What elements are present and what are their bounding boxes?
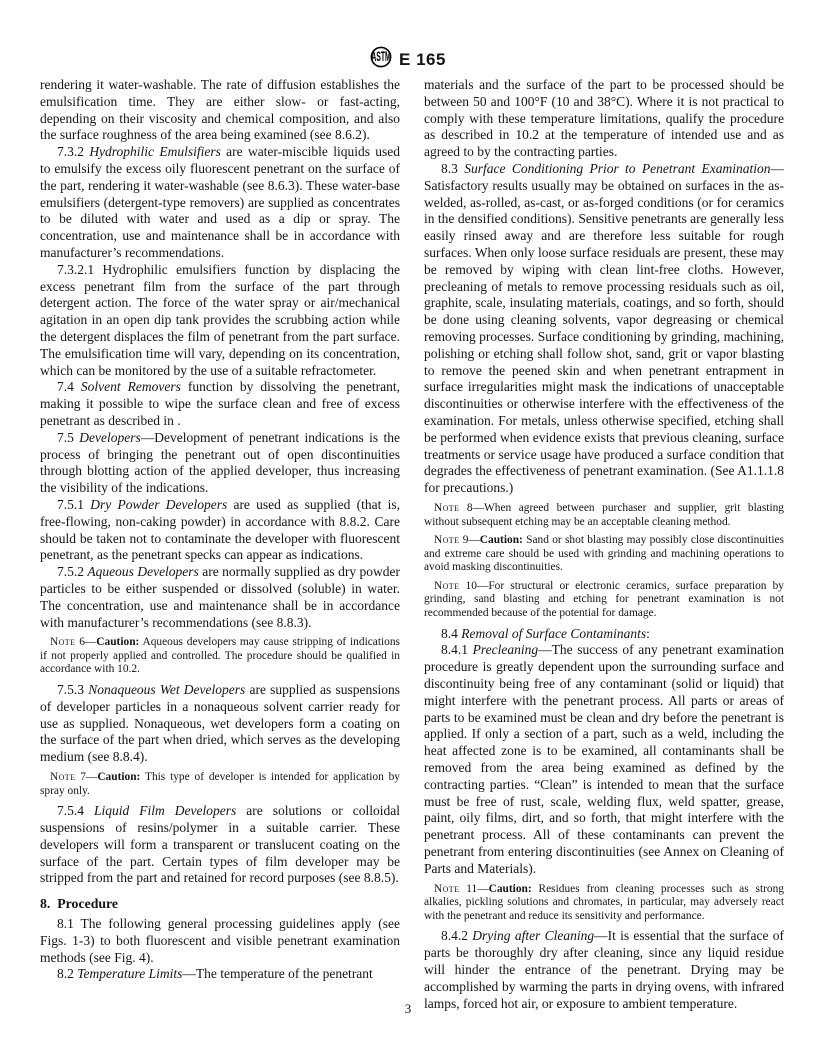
- note: Note 10—For structural or electronic cer…: [424, 580, 784, 621]
- paragraph: 7.4 Solvent Removers function by dissolv…: [40, 379, 400, 429]
- svg-text:ASTM: ASTM: [371, 50, 390, 65]
- text-segment: materials and the surface of the part to…: [424, 77, 784, 159]
- text-segment: Removal of Surface Contaminants: [461, 626, 646, 641]
- page-footer: 3: [0, 1001, 816, 1017]
- text-segment: 8.1 The following general processing gui…: [40, 916, 400, 965]
- text-segment: 7.5.2: [57, 564, 87, 579]
- text-segment: Note: [50, 636, 75, 648]
- note: Note 6—Caution: Aqueous developers may c…: [40, 636, 400, 677]
- text-segment: Aqueous Developers: [87, 564, 198, 579]
- document-number: E 165: [399, 50, 446, 70]
- text-segment: Dry Powder Developers: [90, 497, 227, 512]
- text-segment: 6—: [75, 636, 96, 648]
- text-segment: Caution:: [489, 883, 532, 895]
- paragraph: materials and the surface of the part to…: [424, 77, 784, 161]
- note: Note 11—Caution: Residues from cleaning …: [424, 883, 784, 924]
- text-segment: 7.5.4: [57, 803, 94, 818]
- note: Note 8—When agreed between purchaser and…: [424, 502, 784, 529]
- text-segment: Developers: [79, 430, 140, 445]
- text-segment: Liquid Film Developers: [94, 803, 236, 818]
- text-segment: 8.2: [57, 966, 77, 981]
- document-page: ASTM E 165 rendering it water-washable. …: [0, 0, 816, 1056]
- text-segment: 7.3.2.1 Hydrophilic emulsifiers function…: [40, 262, 400, 378]
- paragraph: rendering it water-washable. The rate of…: [40, 77, 400, 144]
- text-segment: Temperature Limits: [77, 966, 182, 981]
- text-segment: :: [646, 626, 650, 641]
- text-segment: Note: [50, 771, 75, 783]
- text-segment: 7.4: [57, 379, 81, 394]
- paragraph: 7.5.2 Aqueous Developers are normally su…: [40, 564, 400, 631]
- page-header: ASTM E 165: [0, 46, 816, 73]
- text-segment: 8. Procedure: [40, 896, 118, 911]
- text-segment: 9—: [459, 534, 479, 546]
- text-segment: 7.5.1: [57, 497, 90, 512]
- paragraph: 8.4 Removal of Surface Contaminants:: [424, 626, 784, 643]
- text-segment: 8.4.1: [441, 642, 473, 657]
- note: Note 7—Caution: This type of developer i…: [40, 771, 400, 798]
- text-segment: Note: [434, 883, 459, 895]
- astm-logo-icon: ASTM: [370, 46, 392, 73]
- note: Note 9—Caution: Sand or shot blasting ma…: [424, 534, 784, 575]
- column-right: materials and the surface of the part to…: [424, 77, 784, 1012]
- paragraph: 7.3.2 Hydrophilic Emulsifiers are water-…: [40, 144, 400, 262]
- page-number: 3: [405, 1001, 412, 1016]
- text-segment: Note: [434, 580, 459, 592]
- text-segment: 7—: [75, 771, 97, 783]
- text-segment: —The temperature of the penetrant: [182, 966, 372, 981]
- paragraph: 7.3.2.1 Hydrophilic emulsifiers function…: [40, 262, 400, 380]
- text-segment: Note: [434, 534, 459, 546]
- text-segment: 8.4: [441, 626, 461, 641]
- paragraph: 8.4.2 Drying after Cleaning—It is essent…: [424, 928, 784, 1012]
- paragraph: 7.5 Developers—Development of penetrant …: [40, 430, 400, 497]
- text-segment: are water-miscible liquids used to emuls…: [40, 144, 400, 260]
- paragraph: 7.5.3 Nonaqueous Wet Developers are supp…: [40, 682, 400, 766]
- text-columns: rendering it water-washable. The rate of…: [40, 77, 784, 1012]
- text-segment: 8—When agreed between purchaser and supp…: [424, 502, 784, 528]
- text-segment: Nonaqueous Wet Developers: [88, 682, 245, 697]
- text-segment: Caution:: [480, 534, 523, 546]
- paragraph: 8.3 Surface Conditioning Prior to Penetr…: [424, 161, 784, 497]
- text-segment: Surface Conditioning Prior to Penetrant …: [464, 161, 770, 176]
- text-segment: 7.5: [57, 430, 79, 445]
- text-segment: 10—For structural or electronic ceramics…: [424, 580, 784, 619]
- paragraph: 7.5.1 Dry Powder Developers are used as …: [40, 497, 400, 564]
- text-segment: 8.4.2: [441, 928, 472, 943]
- paragraph: 8.1 The following general processing gui…: [40, 916, 400, 966]
- text-segment: —Satisfactory results usually may be obt…: [424, 161, 784, 495]
- text-segment: —The success of any penetrant examinatio…: [424, 642, 784, 875]
- text-segment: rendering it water-washable. The rate of…: [40, 77, 400, 142]
- paragraph: 7.5.4 Liquid Film Developers are solutio…: [40, 803, 400, 887]
- text-segment: 7.3.2: [57, 144, 89, 159]
- paragraph: 8.4.1 Precleaning—The success of any pen…: [424, 642, 784, 877]
- column-left: rendering it water-washable. The rate of…: [40, 77, 400, 1012]
- text-segment: Caution:: [96, 636, 139, 648]
- text-segment: 7.5.3: [57, 682, 88, 697]
- text-segment: Drying after Cleaning: [472, 928, 594, 943]
- text-segment: 8.3: [441, 161, 464, 176]
- text-segment: Caution:: [97, 771, 140, 783]
- text-segment: Solvent Removers: [81, 379, 181, 394]
- text-segment: Precleaning: [473, 642, 538, 657]
- section-heading: 8. Procedure: [40, 896, 400, 913]
- text-segment: Hydrophilic Emulsifiers: [89, 144, 221, 159]
- text-segment: 11—: [459, 883, 488, 895]
- text-segment: Note: [434, 502, 459, 514]
- paragraph: 8.2 Temperature Limits—The temperature o…: [40, 966, 400, 983]
